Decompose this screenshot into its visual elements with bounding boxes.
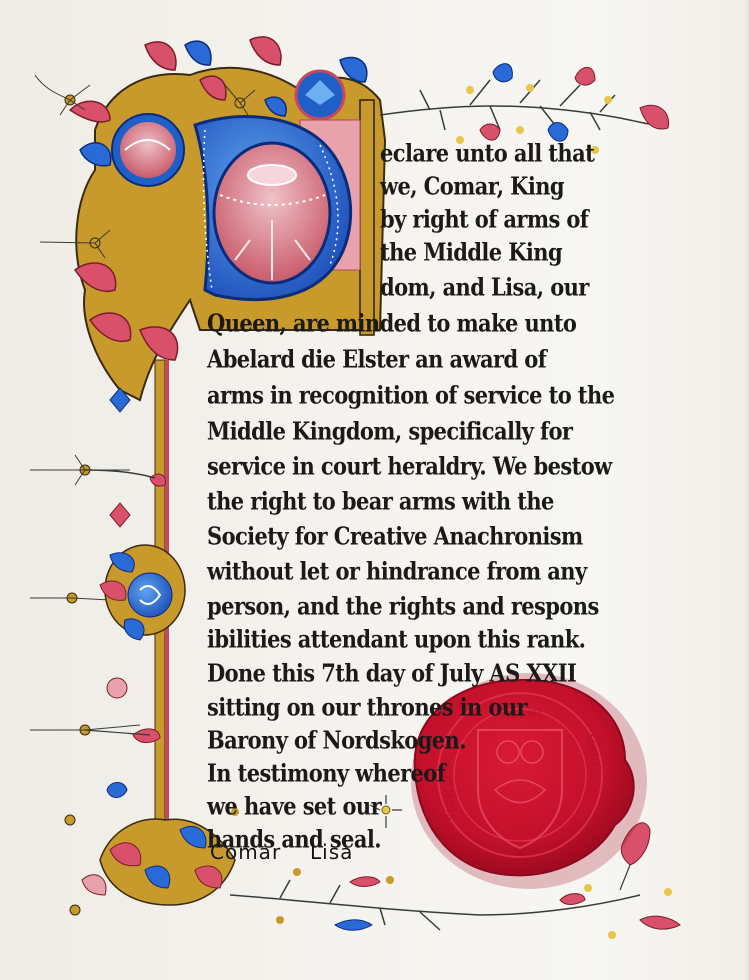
award-scroll: REGNI MEDII SIGILLUM eclare unto all tha… bbox=[0, 0, 749, 980]
text-line-20: we have set our bbox=[207, 791, 381, 820]
text-line-19: In testimony whereof bbox=[207, 758, 445, 787]
signature-queen: Lisa bbox=[310, 840, 353, 864]
award-text: eclare unto all that we, Comar, King by … bbox=[0, 0, 749, 980]
text-line-15: ibilities attendant upon this rank. bbox=[207, 624, 585, 653]
text-line-6: Queen, are minded to make unto bbox=[207, 308, 576, 337]
text-line-1: eclare unto all that bbox=[380, 138, 594, 167]
text-line-14: person, and the rights and respons bbox=[207, 591, 599, 620]
text-line-12: Society for Creative Anachronism bbox=[207, 521, 583, 550]
text-line-8: arms in recognition of service to the bbox=[207, 380, 614, 409]
text-line-9: Middle Kingdom, specifically for bbox=[207, 416, 572, 445]
text-line-10: service in court heraldry. We bestow bbox=[207, 451, 612, 480]
text-line-13: without let or hindrance from any bbox=[207, 556, 587, 585]
text-line-11: the right to bear arms with the bbox=[207, 486, 554, 515]
text-line-7: Abelard die Elster an award of bbox=[207, 344, 546, 373]
text-line-4: the Middle King bbox=[380, 237, 562, 266]
text-line-18: Barony of Nordskogen. bbox=[207, 725, 466, 754]
text-line-17: sitting on our thrones in our bbox=[207, 692, 527, 721]
text-line-3: by right of arms of bbox=[380, 204, 588, 233]
signature-king: Comar bbox=[210, 840, 281, 864]
text-line-16: Done this 7th day of July AS XXII bbox=[207, 658, 576, 687]
text-line-5: dom, and Lisa, our bbox=[380, 272, 589, 301]
text-line-2: we, Comar, King bbox=[380, 171, 564, 200]
